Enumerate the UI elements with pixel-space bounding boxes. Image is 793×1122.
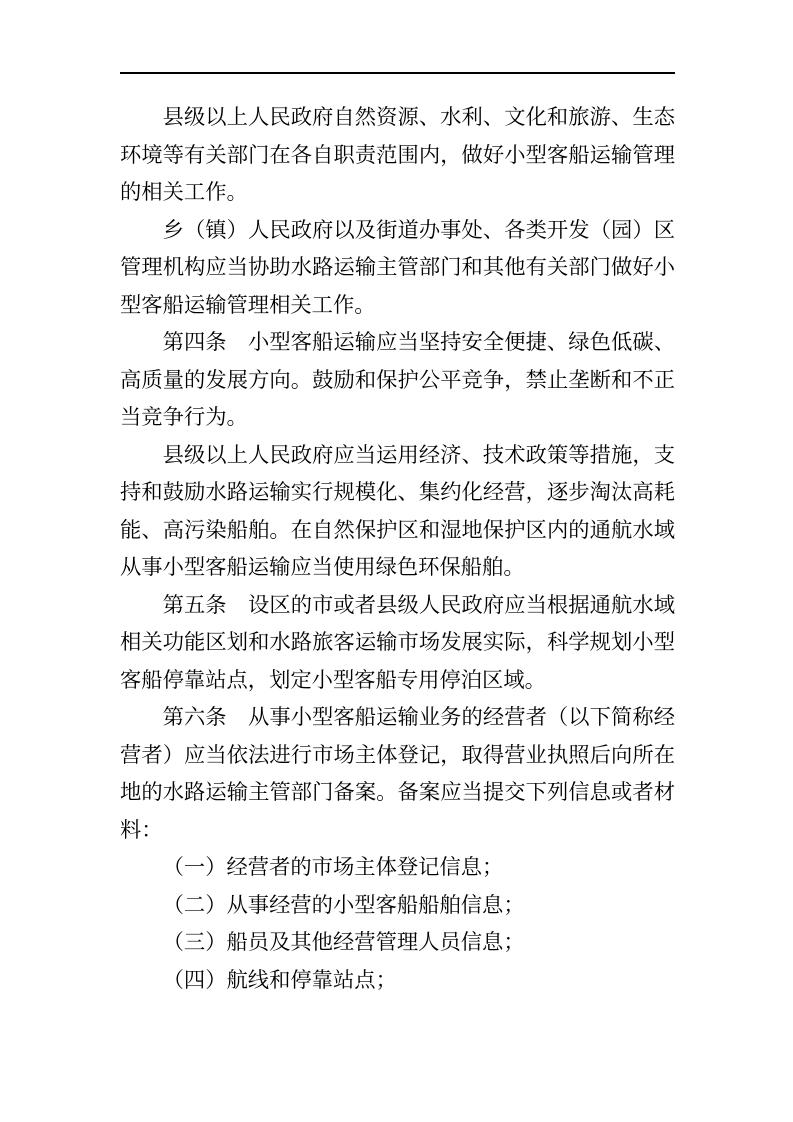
list-item-4: （四）航线和停靠站点； [120,962,675,1000]
list-item-3: （三）船员及其他经营管理人员信息； [120,924,675,962]
paragraph: 县级以上人民政府自然资源、水利、文化和旅游、生态环境等有关部门在各自职责范围内，… [120,99,675,212]
paragraph: 县级以上人民政府应当运用经济、技术政策等措施，支持和鼓励水路运输实行规模化、集约… [120,437,675,587]
document-body: 县级以上人民政府自然资源、水利、文化和旅游、生态环境等有关部门在各自职责范围内，… [120,99,675,999]
paragraph-article-6: 第六条 从事小型客船运输业务的经营者（以下简称经营者）应当依法进行市场主体登记，… [120,699,675,849]
list-item-1: （一）经营者的市场主体登记信息； [120,849,675,887]
header-separator-line [120,72,675,74]
paragraph: 乡（镇）人民政府以及街道办事处、各类开发（园）区管理机构应当协助水路运输主管部门… [120,212,675,325]
paragraph-article-5: 第五条 设区的市或者县级人民政府应当根据通航水域相关功能区划和水路旅客运输市场发… [120,587,675,700]
paragraph-article-4: 第四条 小型客船运输应当坚持安全便捷、绿色低碳、高质量的发展方向。鼓励和保护公平… [120,324,675,437]
document-page: 县级以上人民政府自然资源、水利、文化和旅游、生态环境等有关部门在各自职责范围内，… [0,0,793,1122]
list-item-2: （二）从事经营的小型客船船舶信息； [120,887,675,925]
